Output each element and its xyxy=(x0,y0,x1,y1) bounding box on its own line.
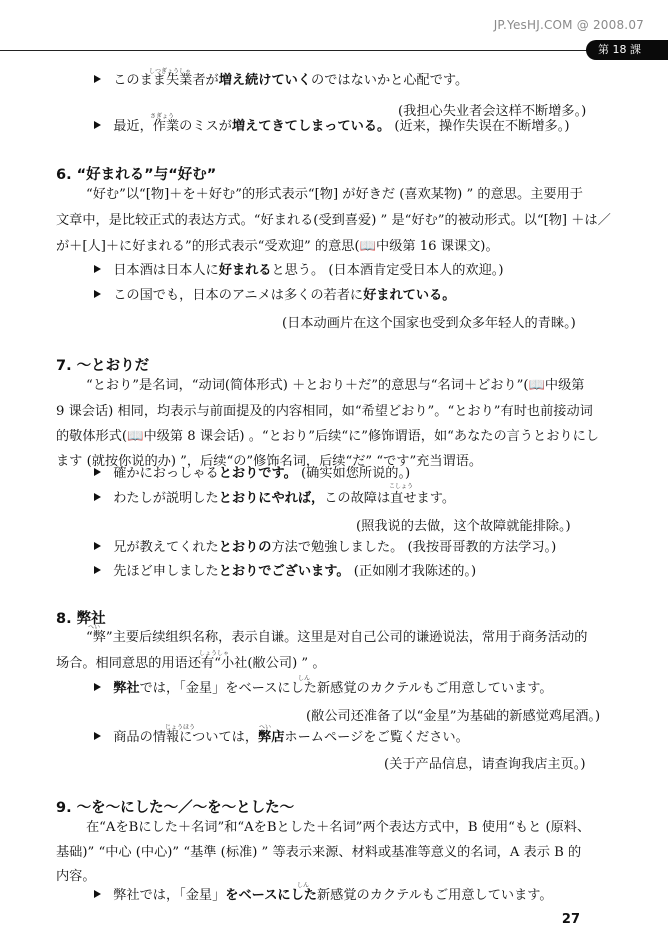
example-translation: (我担心失业者会这样不断增多。) xyxy=(398,100,586,119)
example-sentence: 確かにおっしゃるとおりです。 (确实如您所说的。) xyxy=(94,465,410,483)
example-translation: (近来，操作失误在不断增多。) xyxy=(394,119,569,134)
paragraph-line: 9 课会话) 相同，均表示与前面提及的内容相同，如“希望どおり”。“とおり”有时… xyxy=(56,403,593,421)
example-text: 確かにおっしゃる xyxy=(113,466,219,481)
paragraph-line: “弊”主要后续组织名称，表示自谦。这里是对自己公司的谦逊说法，常用于商务活动的 xyxy=(86,629,587,647)
example-text: では，「金星」をベースにした新感覚のカクテルもご用意しています。 xyxy=(140,681,553,696)
example-text: この故障は直せます。 xyxy=(324,491,455,506)
example-sentence: 日本酒は日本人に好まれると思う。 (日本酒肯定受日本人的欢迎。) xyxy=(94,262,504,280)
example-text: 日本酒は日本人に xyxy=(113,263,219,278)
example-text: 兄が教えてくれた xyxy=(113,540,219,555)
example-translation: (关于产品信息，请查询我店主页。) xyxy=(384,753,586,772)
example-key-phrase: をベースにした xyxy=(225,888,317,903)
example-text: のではないかと心配です。 xyxy=(311,73,468,88)
section-heading: 7. ～とおりだ xyxy=(56,354,149,375)
example-sentence: この国でも，日本のアニメは多くの若者に好まれている。 xyxy=(94,287,455,305)
example-sentence: 弊社では，「金星」をベースにした新感覚のカクテルもご用意しています。 xyxy=(94,887,553,905)
header-rule xyxy=(0,50,600,51)
example-key-phrase: とおりです。 xyxy=(219,466,297,481)
example-translation: (日本动画片在这个国家也受到众多年轻人的青睐。) xyxy=(282,312,576,331)
example-translation: (确实如您所说的。) xyxy=(301,466,410,481)
paragraph-line: 内容。 xyxy=(56,868,96,886)
paragraph-line: 在“AをBにした＋名词”和“AをBとした＋名词”两个表达方式中，B 使用“もと … xyxy=(86,819,590,837)
paragraph-line: が＋[人]＋に好まれる”的形式表示“受欢迎” 的意思(📖中级第 16 课课文)。 xyxy=(56,238,499,256)
example-text: この国でも，日本のアニメは多くの若者に xyxy=(113,288,363,303)
page-number: 27 xyxy=(562,912,580,927)
example-key-phrase: 増えてきてしまっている。 xyxy=(232,119,390,134)
lesson-tab: 第 18 課 xyxy=(586,40,668,60)
example-key-phrase: 好まれる xyxy=(219,263,272,278)
example-text: このまま失業者が xyxy=(113,73,219,88)
example-key-phrase: とおりにやれば， xyxy=(219,491,325,506)
example-sentence: わたしが説明したとおりにやれば，この故障は直せます。 xyxy=(94,490,455,508)
example-text: と思う。 xyxy=(271,263,324,278)
example-text: わたしが説明した xyxy=(113,491,219,506)
example-sentence: 先ほど申しましたとおりでございます。 (正如刚才我陈述的。) xyxy=(94,563,476,581)
example-text: 先ほど申しました xyxy=(113,564,219,579)
paragraph-line: “好む”以“[物]＋を＋好む”的形式表示“[物] が好きだ (喜欢某物) ” 的… xyxy=(86,186,583,204)
section-heading: 9. ～を～にした～／～を～とした～ xyxy=(56,796,294,817)
example-translation: (我按哥哥教的方法学习。) xyxy=(408,540,557,555)
example-text: ホームページをご覧ください。 xyxy=(284,730,468,745)
example-translation: (照我说的去做，这个故障就能排除。) xyxy=(356,515,571,534)
example-key-phrase: とおりでございます。 xyxy=(219,564,350,579)
example-key-phrase: とおりの xyxy=(219,540,272,555)
example-text: 最近，作業のミスが xyxy=(113,119,232,134)
example-sentence: 最近，作業のミスが増えてきてしまっている。 (近来，操作失误在不断增多。) xyxy=(94,118,569,136)
section-heading: 6. “好まれる”与“好む” xyxy=(56,163,216,184)
example-translation: (敝公司还准备了以“金星”为基础的新感觉鸡尾酒。) xyxy=(306,705,600,724)
example-key-phrase: 弊店 xyxy=(258,730,284,745)
example-sentence: 商品の情報については，弊店ホームページをご覧ください。 xyxy=(94,729,469,747)
paragraph-line: 文章中，是比较正式的表达方式。“好まれる(受到喜爱) ” 是“好む”的被动形式。… xyxy=(56,212,611,230)
example-key-phrase: 弊社 xyxy=(113,681,139,696)
example-key-phrase: 好まれている。 xyxy=(363,288,455,303)
example-sentence: 兄が教えてくれたとおりの方法で勉強しました。 (我按哥哥教的方法学习。) xyxy=(94,539,556,557)
example-text: 方法で勉強しました。 xyxy=(271,540,403,555)
paragraph-line: 基础)” “中心 (中心)” “基準 (标准) ” 等表示来源、材料或基准等意义… xyxy=(56,844,581,862)
example-sentence: このまま失業者が増え続けていくのではないかと心配です。 xyxy=(94,72,468,90)
example-text: 商品の情報については， xyxy=(113,730,258,745)
ruby-annotation: こしょう xyxy=(389,481,413,490)
paragraph-line: 场合。相同意思的用语还有“小社(敝公司) ” 。 xyxy=(56,655,326,673)
example-translation: (正如刚才我陈述的。) xyxy=(354,564,476,579)
example-text: 弊社では，「金星」 xyxy=(113,888,225,903)
watermark: JP.YesHJ.COM @ 2008.07 xyxy=(494,18,644,32)
paragraph-line: 的敬体形式(📖中级第 8 课会话) 。“とおり”后续“に”修饰谓语，如“あなたの… xyxy=(56,428,599,446)
paragraph-line: “とおり”是名词，“动词(简体形式) ＋とおり＋だ”的意思与“名词＋どおり”(📖… xyxy=(86,377,585,395)
example-text: 新感覚のカクテルもご用意しています。 xyxy=(317,888,553,903)
example-key-phrase: 増え続けていく xyxy=(219,73,311,88)
example-translation: (日本酒肯定受日本人的欢迎。) xyxy=(328,263,503,278)
example-sentence: 弊社では，「金星」をベースにした新感覚のカクテルもご用意しています。 xyxy=(94,680,553,698)
